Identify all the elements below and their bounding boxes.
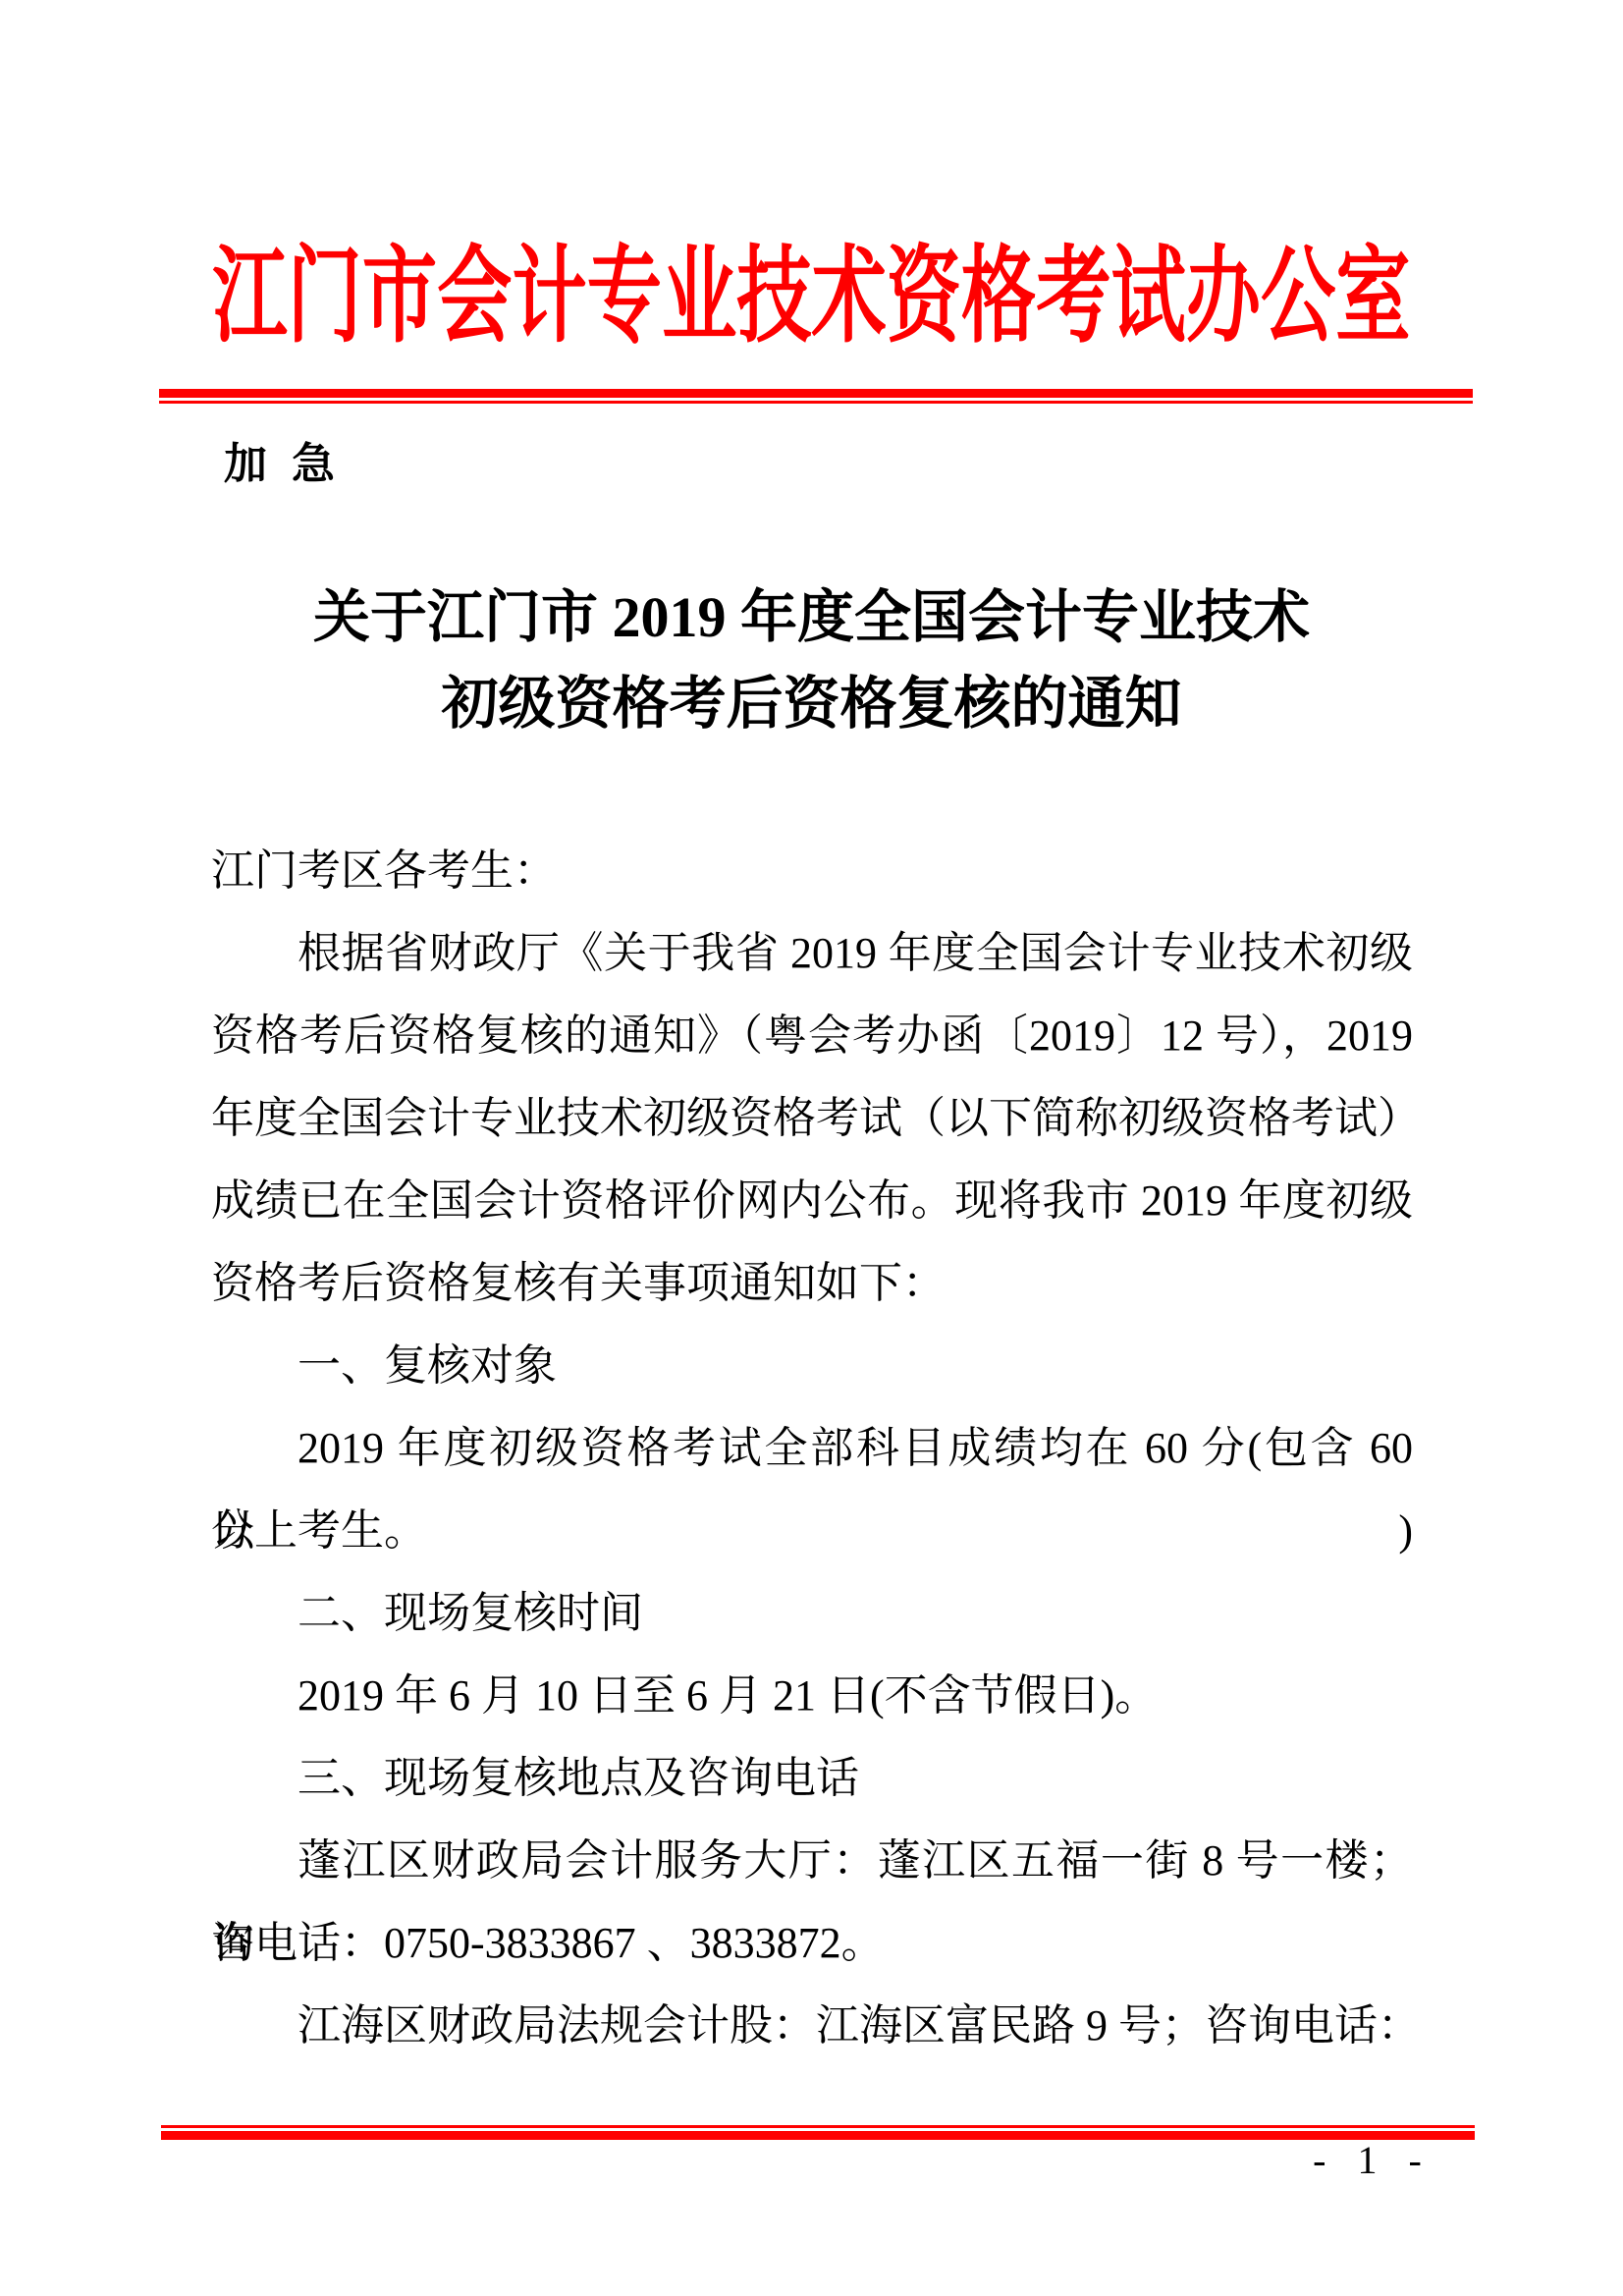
body-line: 成绩已在全国会计资格评价网内公布。现将我市 2019 年度初级 [211, 1160, 1413, 1242]
letterhead-double-rule [159, 389, 1473, 404]
section-heading: 一、复核对象 [211, 1325, 1413, 1407]
document-body: 江门考区各考生： 根据省财政厅《关于我省 2019 年度全国会计专业技术初级 资… [211, 830, 1413, 2067]
urgency-label: 加 急 [224, 428, 335, 491]
section-heading: 二、现场复核时间 [211, 1572, 1413, 1655]
document-page: 江门市会计专业技术资格考试办公室 加 急 关于江门市 2019 年度全国会计专业… [0, 0, 1623, 2296]
footer-double-rule [161, 2125, 1475, 2140]
document-title-line-2: 初级资格考后资格复核的通知 [0, 661, 1623, 747]
body-line: 根据省财政厅《关于我省 2019 年度全国会计专业技术初级 [211, 912, 1413, 995]
page-number: - 1 - [1296, 2137, 1443, 2184]
body-line: 资格考后资格复核有关事项通知如下： [211, 1242, 1413, 1325]
document-title-line-1: 关于江门市 2019 年度全国会计专业技术 [0, 574, 1623, 661]
body-line: 2019 年 6 月 10 日至 6 月 21 日(不含节假日)。 [211, 1655, 1413, 1737]
body-line: 资格考后资格复核的通知》（粤会考办函〔2019〕12 号），2019 [211, 995, 1413, 1077]
body-line: 询电话：0750-3833867 、3833872。 [211, 1902, 1413, 1985]
body-line: 江海区财政局法规会计股：江海区富民路 9 号；咨询电话： [211, 1985, 1413, 2067]
document-title: 关于江门市 2019 年度全国会计专业技术 初级资格考后资格复核的通知 [0, 574, 1623, 747]
body-line: 年度全国会计专业技术初级资格考试（以下简称初级资格考试） [211, 1077, 1413, 1160]
body-line: 2019 年度初级资格考试全部科目成绩均在 60 分(包含 60 分) [211, 1407, 1413, 1490]
salutation-line: 江门考区各考生： [211, 830, 1413, 912]
body-line: 蓬江区财政局会计服务大厅：蓬江区五福一街 8 号一楼；咨 [211, 1820, 1413, 1902]
section-heading: 三、现场复核地点及咨询电话 [211, 1737, 1413, 1820]
letterhead-office-name: 江门市会计专业技术资格考试办公室 [57, 221, 1566, 374]
